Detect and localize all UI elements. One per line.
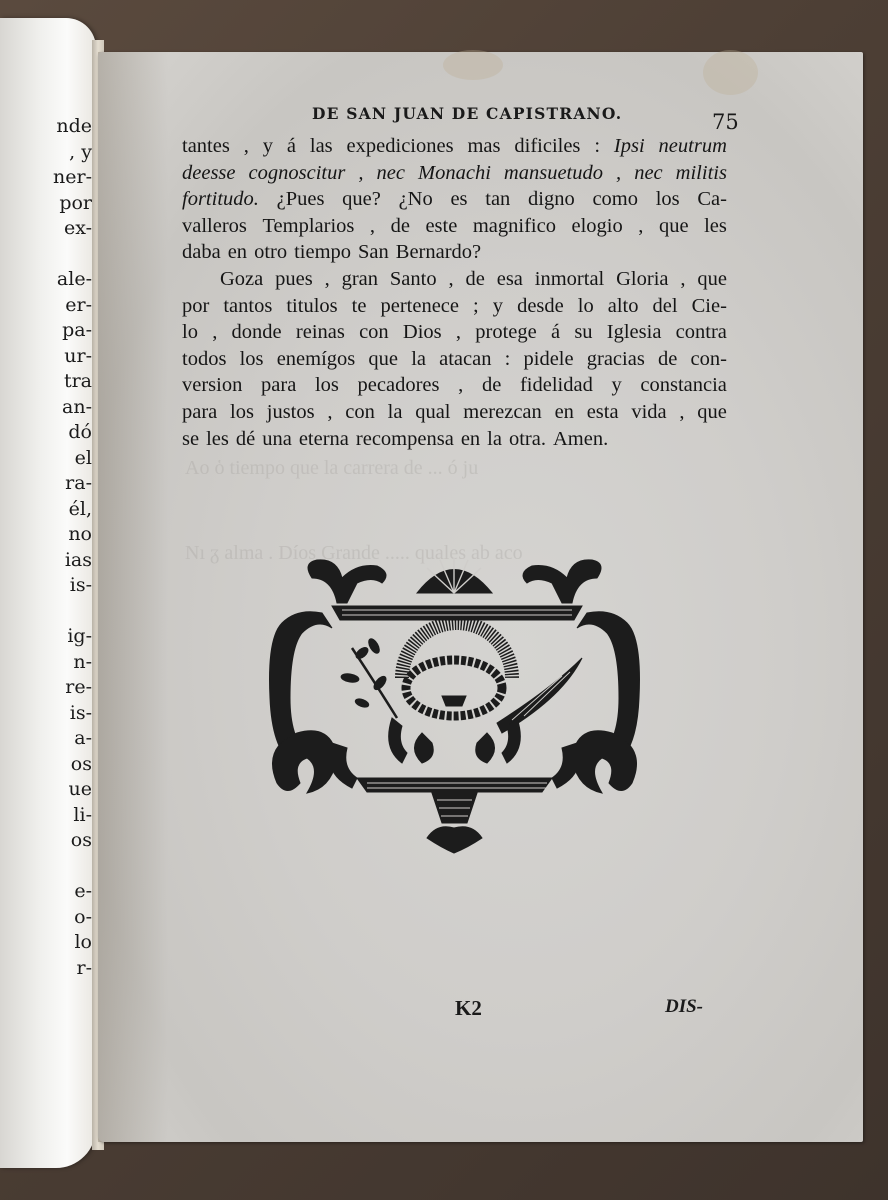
word: , [679,399,684,426]
word: los [230,399,254,426]
word: pues [275,266,313,293]
word: del [653,293,678,320]
word: , [327,399,332,426]
word: inmortal [535,266,604,293]
left-page-line: er- [0,293,92,319]
text-line: tantes,yálasexpedicionesmasdificiles:Ips… [182,133,727,160]
word: con [359,319,389,346]
word: Templarios [262,213,354,240]
text-line: versionparalospecadores,defidelidadycons… [182,372,727,399]
left-page-line: ex- [0,216,92,242]
left-page-line: ner- [0,165,92,191]
word: ¿Pues [277,186,325,213]
left-page-line: n- [0,650,92,676]
word: daba [182,239,221,266]
left-page-line: , y [0,140,92,166]
word: que [659,213,689,240]
word: les [704,213,727,240]
word: esa [497,266,523,293]
word: contra [676,319,727,346]
left-page-line [0,242,92,268]
word: , [680,266,685,293]
word: tan [485,186,510,213]
word: San [358,239,389,266]
running-head: DE SAN JUAN DE CAPISTRANO. [312,104,622,123]
word: que [697,399,727,426]
word: Ipsi [614,133,645,160]
word: qual [415,399,450,426]
word: cognoscitur [249,160,346,187]
left-page-line: él, [0,497,92,523]
left-page-line: is- [0,573,92,599]
word: elogio [572,213,623,240]
word: pertenece [380,293,459,320]
word: tantos [223,293,272,320]
word: esta [587,399,619,426]
word: tantes [182,133,230,160]
word: dé [236,426,255,453]
catchword: DIS- [665,996,703,1018]
word: merezcan [463,399,542,426]
word: justos [267,399,315,426]
left-page-line: re- [0,675,92,701]
left-page-line: r- [0,956,92,982]
word: otro [254,239,287,266]
word: Goza [220,266,263,293]
left-page-line: pa- [0,318,92,344]
word: vida [631,399,666,426]
left-page-line: lo [0,930,92,956]
paragraph-1: tantes,yálasexpedicionesmasdificiles:Ips… [182,133,727,266]
left-page-line [0,599,92,625]
word: en [228,239,247,266]
word: nec [377,160,405,187]
word: para [261,372,296,399]
word: gran [342,266,378,293]
word: que? [342,186,381,213]
text-line: vallerosTemplarios,deestemagnificoelogio… [182,213,727,240]
word: mas [467,133,500,160]
text-line: portantostitulostepertenece;ydesdeloalto… [182,293,727,320]
word: , [244,133,249,160]
word: Amen. [553,426,608,453]
word: donde [232,319,282,346]
left-page-line: li- [0,803,92,829]
word: Santo [390,266,437,293]
left-page-line: ig- [0,624,92,650]
text-line: selesdéunaeternarecompensaenlaotra.Amen. [182,426,727,453]
word: y [263,133,273,160]
word: reinas [296,319,345,346]
word: militis [676,160,727,187]
word: por [182,293,209,320]
word: , [448,266,453,293]
word: de [465,266,484,293]
text-line: dabaenotrotiempoSanBernardo? [182,239,727,266]
word: Monachi [418,160,491,187]
word: , [370,213,375,240]
left-page-line: por [0,191,92,217]
word: atacan [439,346,491,373]
left-page-line: ur- [0,344,92,370]
word: pidele [524,346,574,373]
left-page-line: e- [0,879,92,905]
word: , [638,213,643,240]
word: con [345,399,375,426]
word: á [551,319,560,346]
word: , [358,160,363,187]
left-page-line: os [0,752,92,778]
word: Dios [403,319,442,346]
word: de [391,213,410,240]
page-number: 75 [712,110,739,134]
word: valleros [182,213,247,240]
left-page-line: an- [0,395,92,421]
left-page-line: o- [0,905,92,931]
word: se [182,426,199,453]
signature-mark: K2 [455,996,482,1021]
text-line: Gozapues,granSanto,deesainmortalGloria,q… [182,266,727,293]
word: magnifico [473,213,556,240]
word: los [240,346,264,373]
left-page-line: os [0,828,92,854]
text-line: lo,dondereinasconDios,protegeásuIglesiac… [182,319,727,346]
word: desde [517,293,564,320]
word: que [697,266,727,293]
word: este [425,213,457,240]
word: expediciones [347,133,454,160]
spine-shadow [98,52,168,1142]
paper-stain [703,50,758,95]
word: la [388,399,403,426]
word: de [482,372,501,399]
left-page-line: dó [0,420,92,446]
word: : [594,133,600,160]
word: titulos [286,293,337,320]
word: gracias [587,346,645,373]
word: , [616,160,621,187]
left-page: nde, yner-porex-ale-er-pa-ur-traan-dóelr… [0,18,96,1168]
word: te [352,293,367,320]
ornament-tailpiece-icon [262,548,647,858]
word: Iglesia [607,319,662,346]
word: : [505,346,511,373]
word: en [555,399,574,426]
left-page-line [0,854,92,880]
word: todos [182,346,226,373]
word: version [182,372,242,399]
paragraph-2: Gozapues,granSanto,deesainmortalGloria,q… [182,266,727,452]
text-line: deessecognoscitur,necMonachimansuetudo,n… [182,160,727,187]
word: su [574,319,592,346]
word: alto [608,293,639,320]
left-page-line: ra- [0,471,92,497]
left-page-line: a- [0,726,92,752]
word: es [450,186,467,213]
word: con- [690,346,726,373]
word: nec [634,160,662,187]
word: dificiles [514,133,580,160]
word: mansuetudo [504,160,603,187]
word: deesse [182,160,236,187]
word: pecadores [358,372,440,399]
word: eterna [299,426,349,453]
word: que [368,346,398,373]
word: á [287,133,296,160]
left-page-line: no [0,522,92,548]
left-page-text-fragments: nde, yner-porex-ale-er-pa-ur-traan-dóelr… [0,114,92,981]
word: la [411,346,426,373]
word: Gloria [616,266,668,293]
text-line: paralosjustos,conlaqualmerezcanenestavid… [182,399,727,426]
left-page-line: ue [0,777,92,803]
show-through-text: Αο ὁ tiempo que la carrera de ... ó ju [185,455,478,482]
word: la [487,426,502,453]
word: una [262,426,292,453]
left-page-line: nde [0,114,92,140]
word: , [212,319,217,346]
left-page-line: el [0,446,92,472]
left-page-line: is- [0,701,92,727]
word: digno [528,186,575,213]
word: protege [475,319,536,346]
text-line: todoslosenemígosquelaatacan:pidelegracia… [182,346,727,373]
word: enemígos [277,346,356,373]
word: Ca- [697,186,727,213]
word: de [658,346,677,373]
word: tiempo [294,239,351,266]
word: fidelidad [520,372,593,399]
paper-stain [443,50,503,80]
word: como [592,186,638,213]
word: fortitudo. [182,186,259,213]
word: y [493,293,503,320]
word: recompensa [356,426,454,453]
left-page-line: ale- [0,267,92,293]
word: Bernardo? [396,239,481,266]
word: , [325,266,330,293]
word: los [656,186,680,213]
word: en [461,426,480,453]
left-page-line: tra [0,369,92,395]
word: Cie- [692,293,727,320]
body-text: tantes,yálasexpedicionesmasdificiles:Ips… [182,133,727,452]
word: ; [473,293,479,320]
word: , [456,319,461,346]
text-line: fortitudo.¿Puesque?¿NoestandignocomolosC… [182,186,727,213]
word: constancia [640,372,727,399]
word: , [458,372,463,399]
left-page-line: ias [0,548,92,574]
word: las [310,133,333,160]
word: y [611,372,621,399]
word: lo [578,293,594,320]
word: lo [182,319,198,346]
word: ¿No [399,186,433,213]
word: otra. [509,426,546,453]
word: neutrum [659,133,727,160]
word: les [206,426,229,453]
word: los [315,372,339,399]
word: para [182,399,217,426]
